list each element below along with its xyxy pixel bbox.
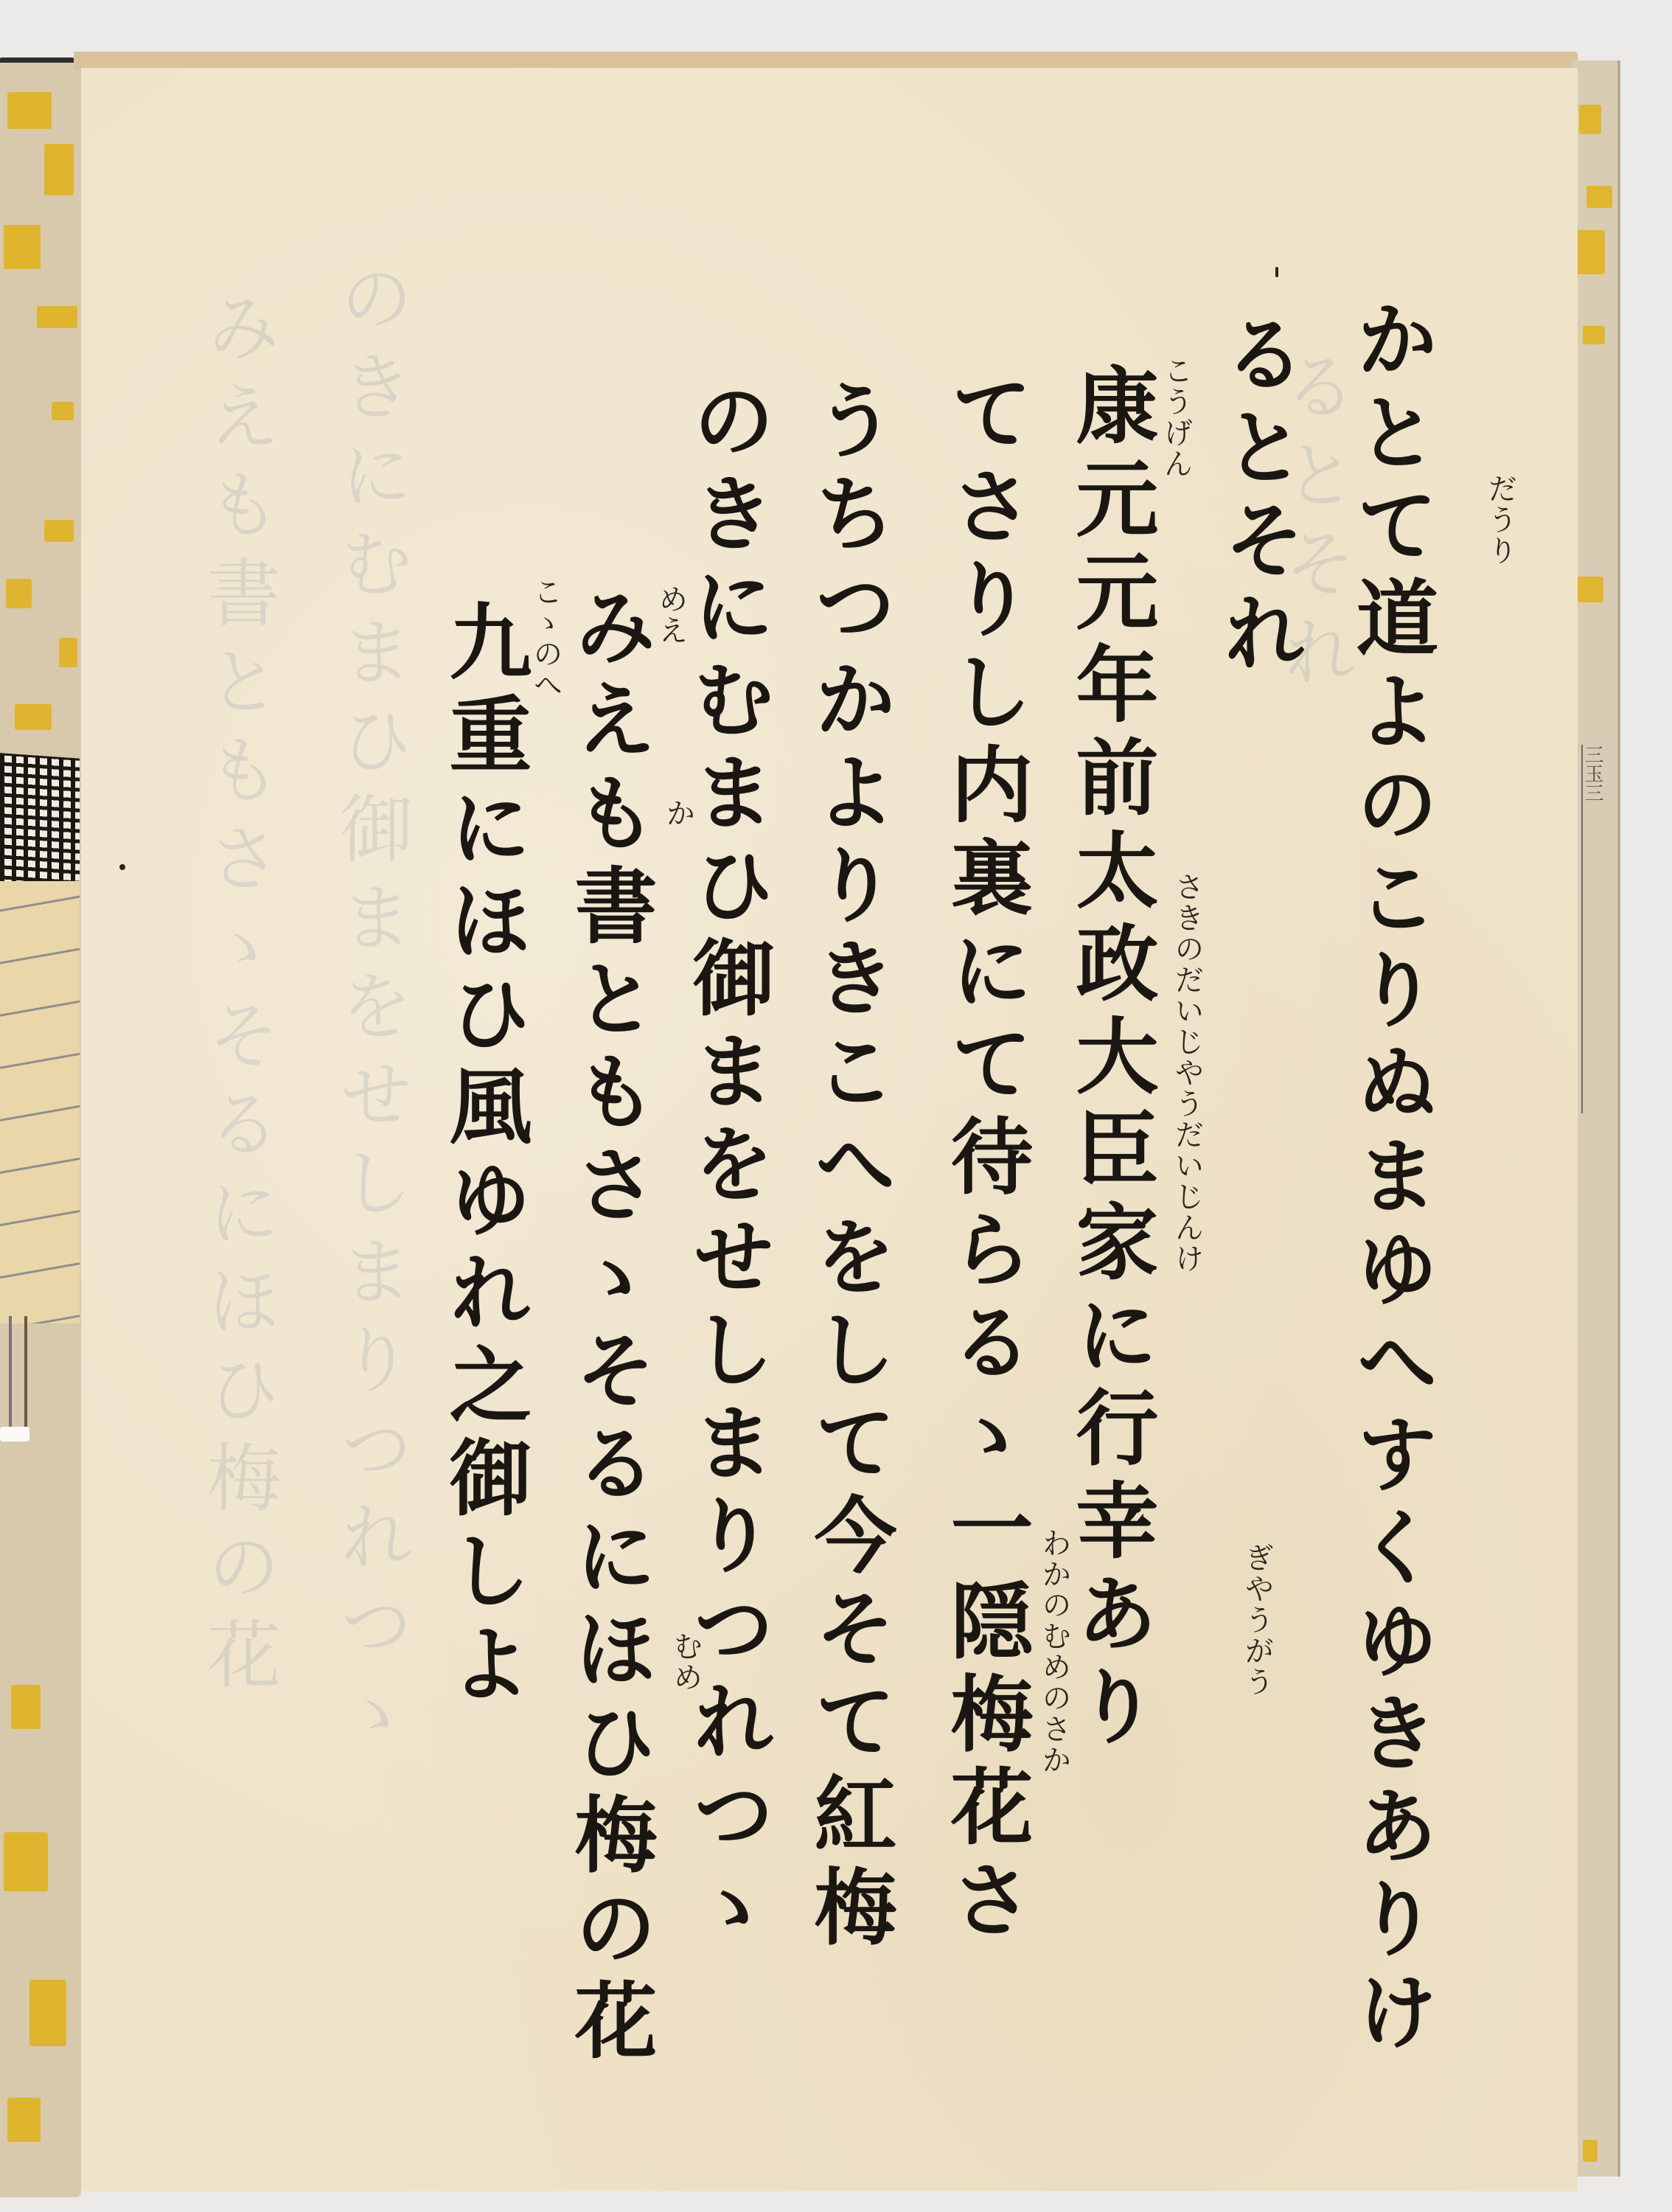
show-through-text: のきにむまひ御まをせしまりつれつゝ — [317, 260, 423, 1764]
gold-leaf-fleck — [59, 638, 77, 667]
gold-leaf-fleck — [1575, 230, 1605, 274]
pillar-line — [9, 1316, 12, 1427]
gold-leaf-fleck — [7, 2098, 41, 2142]
gold-leaf-fleck — [1586, 186, 1612, 208]
text-column-5: うちつかよりきこへをして今そて紅梅 — [807, 378, 890, 1957]
gold-leaf-fleck — [4, 225, 41, 269]
furigana-column-7c: むめ — [671, 1631, 700, 1693]
gold-leaf-fleck — [29, 1980, 66, 2046]
gold-leaf-fleck — [15, 704, 52, 730]
text-column-8: 九重にほひ風ゆれ之御しよ — [442, 599, 525, 1714]
white-patch — [0, 1427, 29, 1441]
veranda-illustration — [0, 881, 80, 1324]
lattice-screen-illustration — [0, 753, 80, 895]
manuscript-page: みえも書ともさゝそるにほひ梅の花 のきにむまひ御まをせしまりつれつゝ るとそれ … — [81, 68, 1578, 2191]
ink-dot — [119, 864, 125, 870]
furigana-column-7a: めえ — [656, 584, 686, 646]
gold-leaf-fleck — [6, 579, 32, 608]
gold-leaf-fleck — [37, 306, 77, 328]
furigana-column-3a: こうげん — [1161, 355, 1191, 479]
fore-edge-gold-cover — [1572, 60, 1620, 2177]
gold-leaf-fleck — [1578, 577, 1603, 602]
gold-leaf-fleck — [7, 92, 52, 129]
gold-leaf-fleck — [11, 1685, 41, 1729]
text-column-7: みえも書ともさゝそるにほひ梅の花 — [568, 584, 650, 2070]
gold-leaf-fleck — [1579, 105, 1601, 134]
furigana-column-1: だうり — [1485, 473, 1515, 566]
text-column-4: てさりし内裏にて待らるゝ一隠梅花さ — [944, 370, 1026, 1950]
gold-leaf-fleck — [44, 144, 74, 195]
gold-leaf-fleck — [1583, 326, 1605, 344]
show-through-text: みえも書ともさゝそるにほひ梅の花 — [184, 289, 290, 1705]
text-column-2: るとそれ — [1216, 311, 1299, 683]
gold-leaf-fleck — [4, 1832, 48, 1891]
gold-leaf-fleck — [1583, 2140, 1598, 2162]
furigana-column-7b: か — [663, 798, 693, 829]
gold-leaf-fleck — [44, 520, 74, 542]
furigana-column-3b: さきのだいじやうだいじんけ — [1172, 872, 1202, 1274]
furigana-column-4: わかのむめのさか — [1039, 1528, 1069, 1775]
furigana-column-8: こゝのへ — [531, 577, 560, 700]
ink-dot — [1275, 267, 1278, 277]
furigana-column-3c: ぎやうがう — [1242, 1543, 1272, 1697]
left-page-fragment — [0, 63, 81, 2197]
text-column-3: 康元元年前太政大臣家に行幸あり — [1069, 363, 1152, 1756]
fore-edge-label: 三玉三 — [1581, 745, 1606, 1113]
text-column-6: のきにむまひ御まをせしまりつれつゝ — [686, 378, 768, 1957]
gold-leaf-fleck — [52, 402, 74, 420]
text-column-1: かとて道よのこりぬまゆへすくゆきありけ — [1349, 296, 1432, 2062]
pillar-line — [24, 1316, 27, 1427]
